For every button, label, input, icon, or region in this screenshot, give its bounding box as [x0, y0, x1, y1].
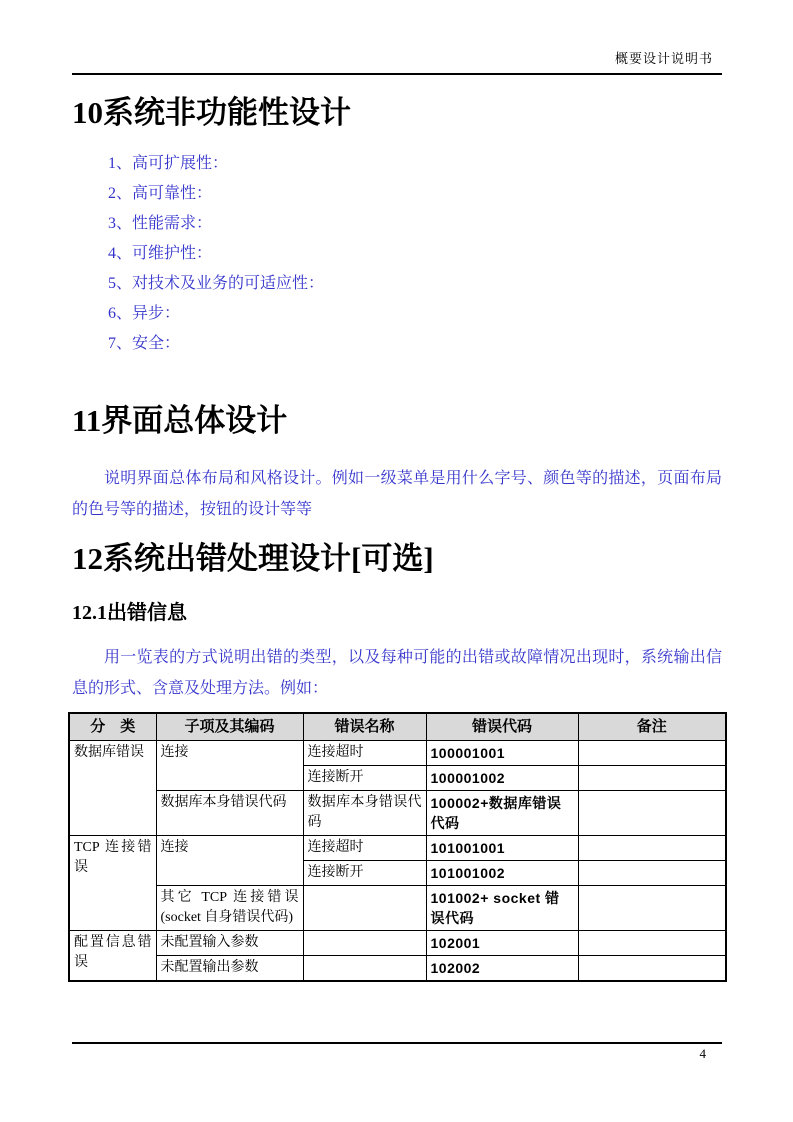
list-item-reliability: 2、高可靠性：	[72, 179, 722, 209]
section-12-1-heading: 12.1出错信息	[72, 601, 722, 625]
table-row: 配置信息错误 未配置输入参数 102001	[69, 931, 726, 956]
list-item-adaptability: 5、对技术及业务的可适应性：	[72, 269, 722, 299]
page-content: 概要设计说明书 10系统非功能性设计 1、高可扩展性： 2、高可靠性： 3、性能…	[0, 0, 793, 982]
running-header-title: 概要设计说明书	[615, 51, 713, 66]
header-cell-error-name: 错误名称	[303, 713, 426, 741]
running-header: 概要设计说明书	[72, 50, 722, 75]
cell-code: 101001002	[426, 861, 578, 886]
document-page: 概要设计说明书 10系统非功能性设计 1、高可扩展性： 2、高可靠性： 3、性能…	[0, 0, 793, 1122]
cell-name-empty	[303, 931, 426, 956]
section-12-1-paragraph: 用一览表的方式说明出错的类型，以及每种可能的出错或故障情况出现时，系统输出信息的…	[72, 642, 722, 704]
cell-category-config: 配置信息错误	[69, 931, 156, 982]
cell-subitem-no-output: 未配置输出参数	[156, 956, 303, 982]
cell-name-timeout: 连接超时	[303, 836, 426, 861]
table-header-row: 分 类 子项及其编码 错误名称 错误代码 备注	[69, 713, 726, 741]
list-item-maintainability: 4、可维护性：	[72, 239, 722, 269]
cell-name-empty	[303, 956, 426, 982]
header-cell-error-code: 错误代码	[426, 713, 578, 741]
cell-note	[578, 766, 726, 791]
table-row: 其它 TCP 连接错误(socket 自身错误代码) 101002+ socke…	[69, 886, 726, 931]
error-code-table: 分 类 子项及其编码 错误名称 错误代码 备注 数据库错误 连接 连接超时 10…	[68, 712, 727, 982]
cell-code: 101002+ socket 错误代码	[426, 886, 578, 931]
cell-name-db-own-code: 数据库本身错误代码	[303, 791, 426, 836]
cell-subitem-connect: 连接	[156, 836, 303, 886]
cell-code: 100001001	[426, 741, 578, 766]
header-cell-note: 备注	[578, 713, 726, 741]
nonfunctional-list: 1、高可扩展性： 2、高可靠性： 3、性能需求： 4、可维护性： 5、对技术及业…	[72, 149, 722, 359]
cell-subitem-no-input: 未配置输入参数	[156, 931, 303, 956]
cell-note	[578, 836, 726, 861]
cell-code: 102002	[426, 956, 578, 982]
section-12-heading: 12系统出错处理设计[可选]	[72, 541, 722, 577]
section-11-heading: 11界面总体设计	[72, 403, 722, 439]
cell-note	[578, 791, 726, 836]
table-row: 数据库本身错误代码 数据库本身错误代码 100002+数据库错误代码	[69, 791, 726, 836]
cell-note	[578, 886, 726, 931]
cell-code: 102001	[426, 931, 578, 956]
cell-code: 101001001	[426, 836, 578, 861]
cell-note	[578, 956, 726, 982]
cell-code: 100001002	[426, 766, 578, 791]
list-item-performance: 3、性能需求：	[72, 209, 722, 239]
page-number: 4	[700, 1046, 707, 1061]
cell-category-tcp: TCP 连接错误	[69, 836, 156, 931]
cell-name-disconnect: 连接断开	[303, 861, 426, 886]
section-10-heading: 10系统非功能性设计	[72, 95, 722, 131]
cell-note	[578, 741, 726, 766]
cell-name-timeout: 连接超时	[303, 741, 426, 766]
table-row: TCP 连接错误 连接 连接超时 101001001	[69, 836, 726, 861]
cell-subitem-db-own-code: 数据库本身错误代码	[156, 791, 303, 836]
header-cell-category: 分 类	[69, 713, 156, 741]
list-item-async: 6、异步：	[72, 299, 722, 329]
table-row: 数据库错误 连接 连接超时 100001001	[69, 741, 726, 766]
cell-category-database: 数据库错误	[69, 741, 156, 836]
list-item-security: 7、安全：	[72, 329, 722, 359]
cell-subitem-connect: 连接	[156, 741, 303, 791]
cell-name-empty	[303, 886, 426, 931]
header-cell-subitem: 子项及其编码	[156, 713, 303, 741]
cell-note	[578, 861, 726, 886]
list-item-scalability: 1、高可扩展性：	[72, 149, 722, 179]
table-row: 未配置输出参数 102002	[69, 956, 726, 982]
cell-name-disconnect: 连接断开	[303, 766, 426, 791]
cell-code: 100002+数据库错误代码	[426, 791, 578, 836]
cell-note	[578, 931, 726, 956]
cell-subitem-other-tcp: 其它 TCP 连接错误(socket 自身错误代码)	[156, 886, 303, 931]
section-11-paragraph: 说明界面总体布局和风格设计。例如一级菜单是用什么字号、颜色等的描述，页面布局的色…	[72, 463, 722, 525]
running-footer: 4	[72, 1042, 722, 1062]
